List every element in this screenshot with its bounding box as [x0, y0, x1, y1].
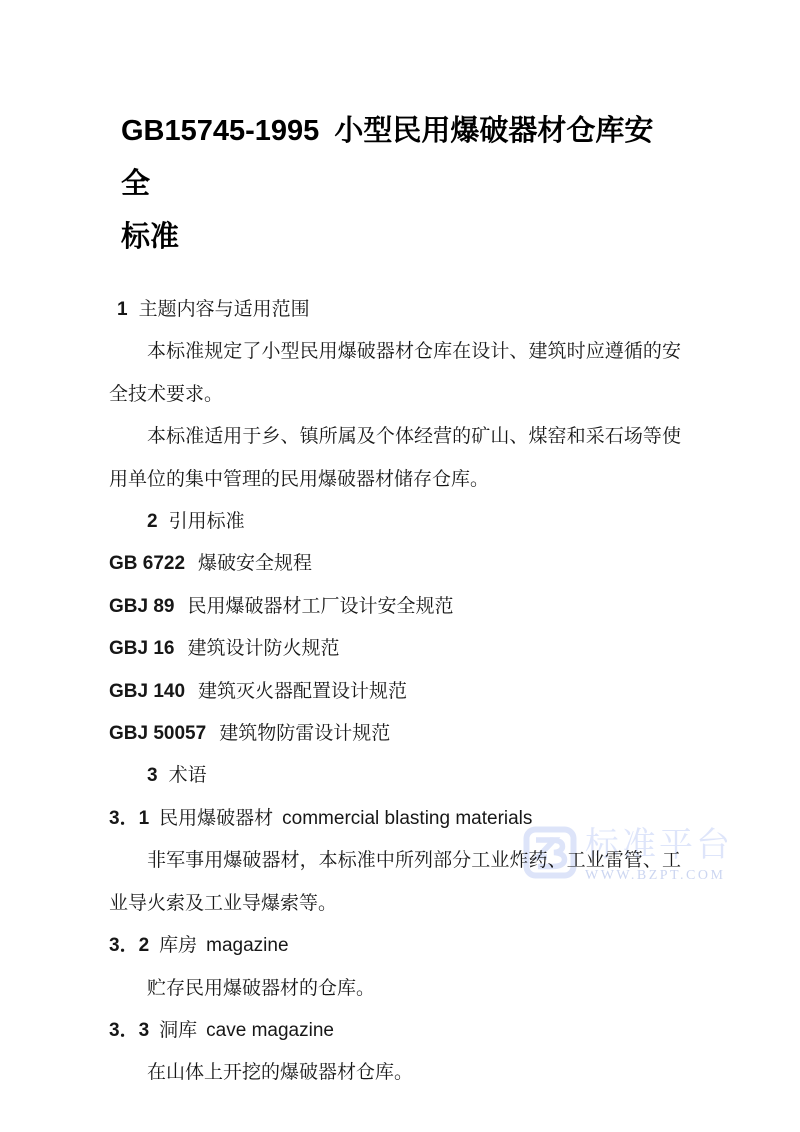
- term-english: commercial blasting materials: [282, 808, 532, 829]
- reference-item: GB 6722爆破安全规程: [109, 543, 681, 585]
- term-chinese: 库房: [159, 935, 197, 956]
- term-3-2: 3．2库房magazine: [109, 925, 681, 967]
- term-3-3: 3．3洞库cave magazine: [109, 1010, 681, 1052]
- term-english: cave magazine: [206, 1020, 334, 1041]
- term-3-3-definition: 在山体上开挖的爆破器材仓库。: [109, 1052, 681, 1094]
- document-page: 标准平台 WWW.BZPT.COM GB15745-1995小型民用爆破器材仓库…: [0, 0, 800, 1132]
- section-1-number: 1: [117, 299, 128, 320]
- standard-code: GB15745-1995: [121, 115, 319, 147]
- section-3-heading: 3术语: [109, 755, 681, 797]
- document-body: 1主题内容与适用范围 本标准规定了小型民用爆破器材仓库在设计、建筑时应遵循的安全…: [109, 289, 681, 1095]
- reference-code: GBJ 16: [109, 638, 174, 659]
- reference-name: 建筑设计防火规范: [187, 638, 339, 659]
- term-number: 3．1: [109, 808, 149, 829]
- title-line-2: 标准: [121, 211, 681, 264]
- term-3-2-definition: 贮存民用爆破器材的仓库。: [109, 968, 681, 1010]
- section-2-title: 引用标准: [169, 511, 245, 532]
- term-chinese: 民用爆破器材: [159, 808, 273, 829]
- term-3-1: 3．1民用爆破器材commercial blasting materials: [109, 798, 681, 840]
- term-english: magazine: [206, 935, 288, 956]
- reference-code: GBJ 50057: [109, 723, 206, 744]
- reference-item: GBJ 50057建筑物防雷设计规范: [109, 713, 681, 755]
- section-2-number: 2: [147, 511, 158, 532]
- document-title: GB15745-1995小型民用爆破器材仓库安全 标准: [121, 105, 681, 264]
- term-number: 3．2: [109, 935, 149, 956]
- reference-item: GBJ 140建筑灭火器配置设计规范: [109, 671, 681, 713]
- section-3-number: 3: [147, 765, 158, 786]
- reference-code: GB 6722: [109, 553, 185, 574]
- title-line-1: GB15745-1995小型民用爆破器材仓库安全: [121, 105, 681, 211]
- paragraph-application: 本标准适用于乡、镇所属及个体经营的矿山、煤窑和采石场等使用单位的集中管理的民用爆…: [109, 416, 681, 501]
- section-1-title: 主题内容与适用范围: [139, 299, 310, 320]
- reference-name: 建筑物防雷设计规范: [219, 723, 390, 744]
- reference-name: 建筑灭火器配置设计规范: [198, 681, 407, 702]
- section-3-title: 术语: [169, 765, 207, 786]
- paragraph-scope: 本标准规定了小型民用爆破器材仓库在设计、建筑时应遵循的安全技术要求。: [109, 331, 681, 416]
- reference-name: 民用爆破器材工厂设计安全规范: [187, 596, 453, 617]
- reference-code: GBJ 89: [109, 596, 174, 617]
- reference-item: GBJ 89民用爆破器材工厂设计安全规范: [109, 586, 681, 628]
- reference-item: GBJ 16建筑设计防火规范: [109, 628, 681, 670]
- term-3-1-definition: 非军事用爆破器材，本标准中所列部分工业炸药、工业雷管、工业导火索及工业导爆索等。: [109, 840, 681, 925]
- section-2-heading: 2引用标准: [109, 501, 681, 543]
- reference-name: 爆破安全规程: [198, 553, 312, 574]
- term-chinese: 洞库: [159, 1020, 197, 1041]
- reference-code: GBJ 140: [109, 681, 185, 702]
- term-number: 3．3: [109, 1020, 149, 1041]
- section-1-heading: 1主题内容与适用范围: [109, 289, 681, 331]
- document-content: GB15745-1995小型民用爆破器材仓库安全 标准 1主题内容与适用范围 本…: [109, 0, 681, 1095]
